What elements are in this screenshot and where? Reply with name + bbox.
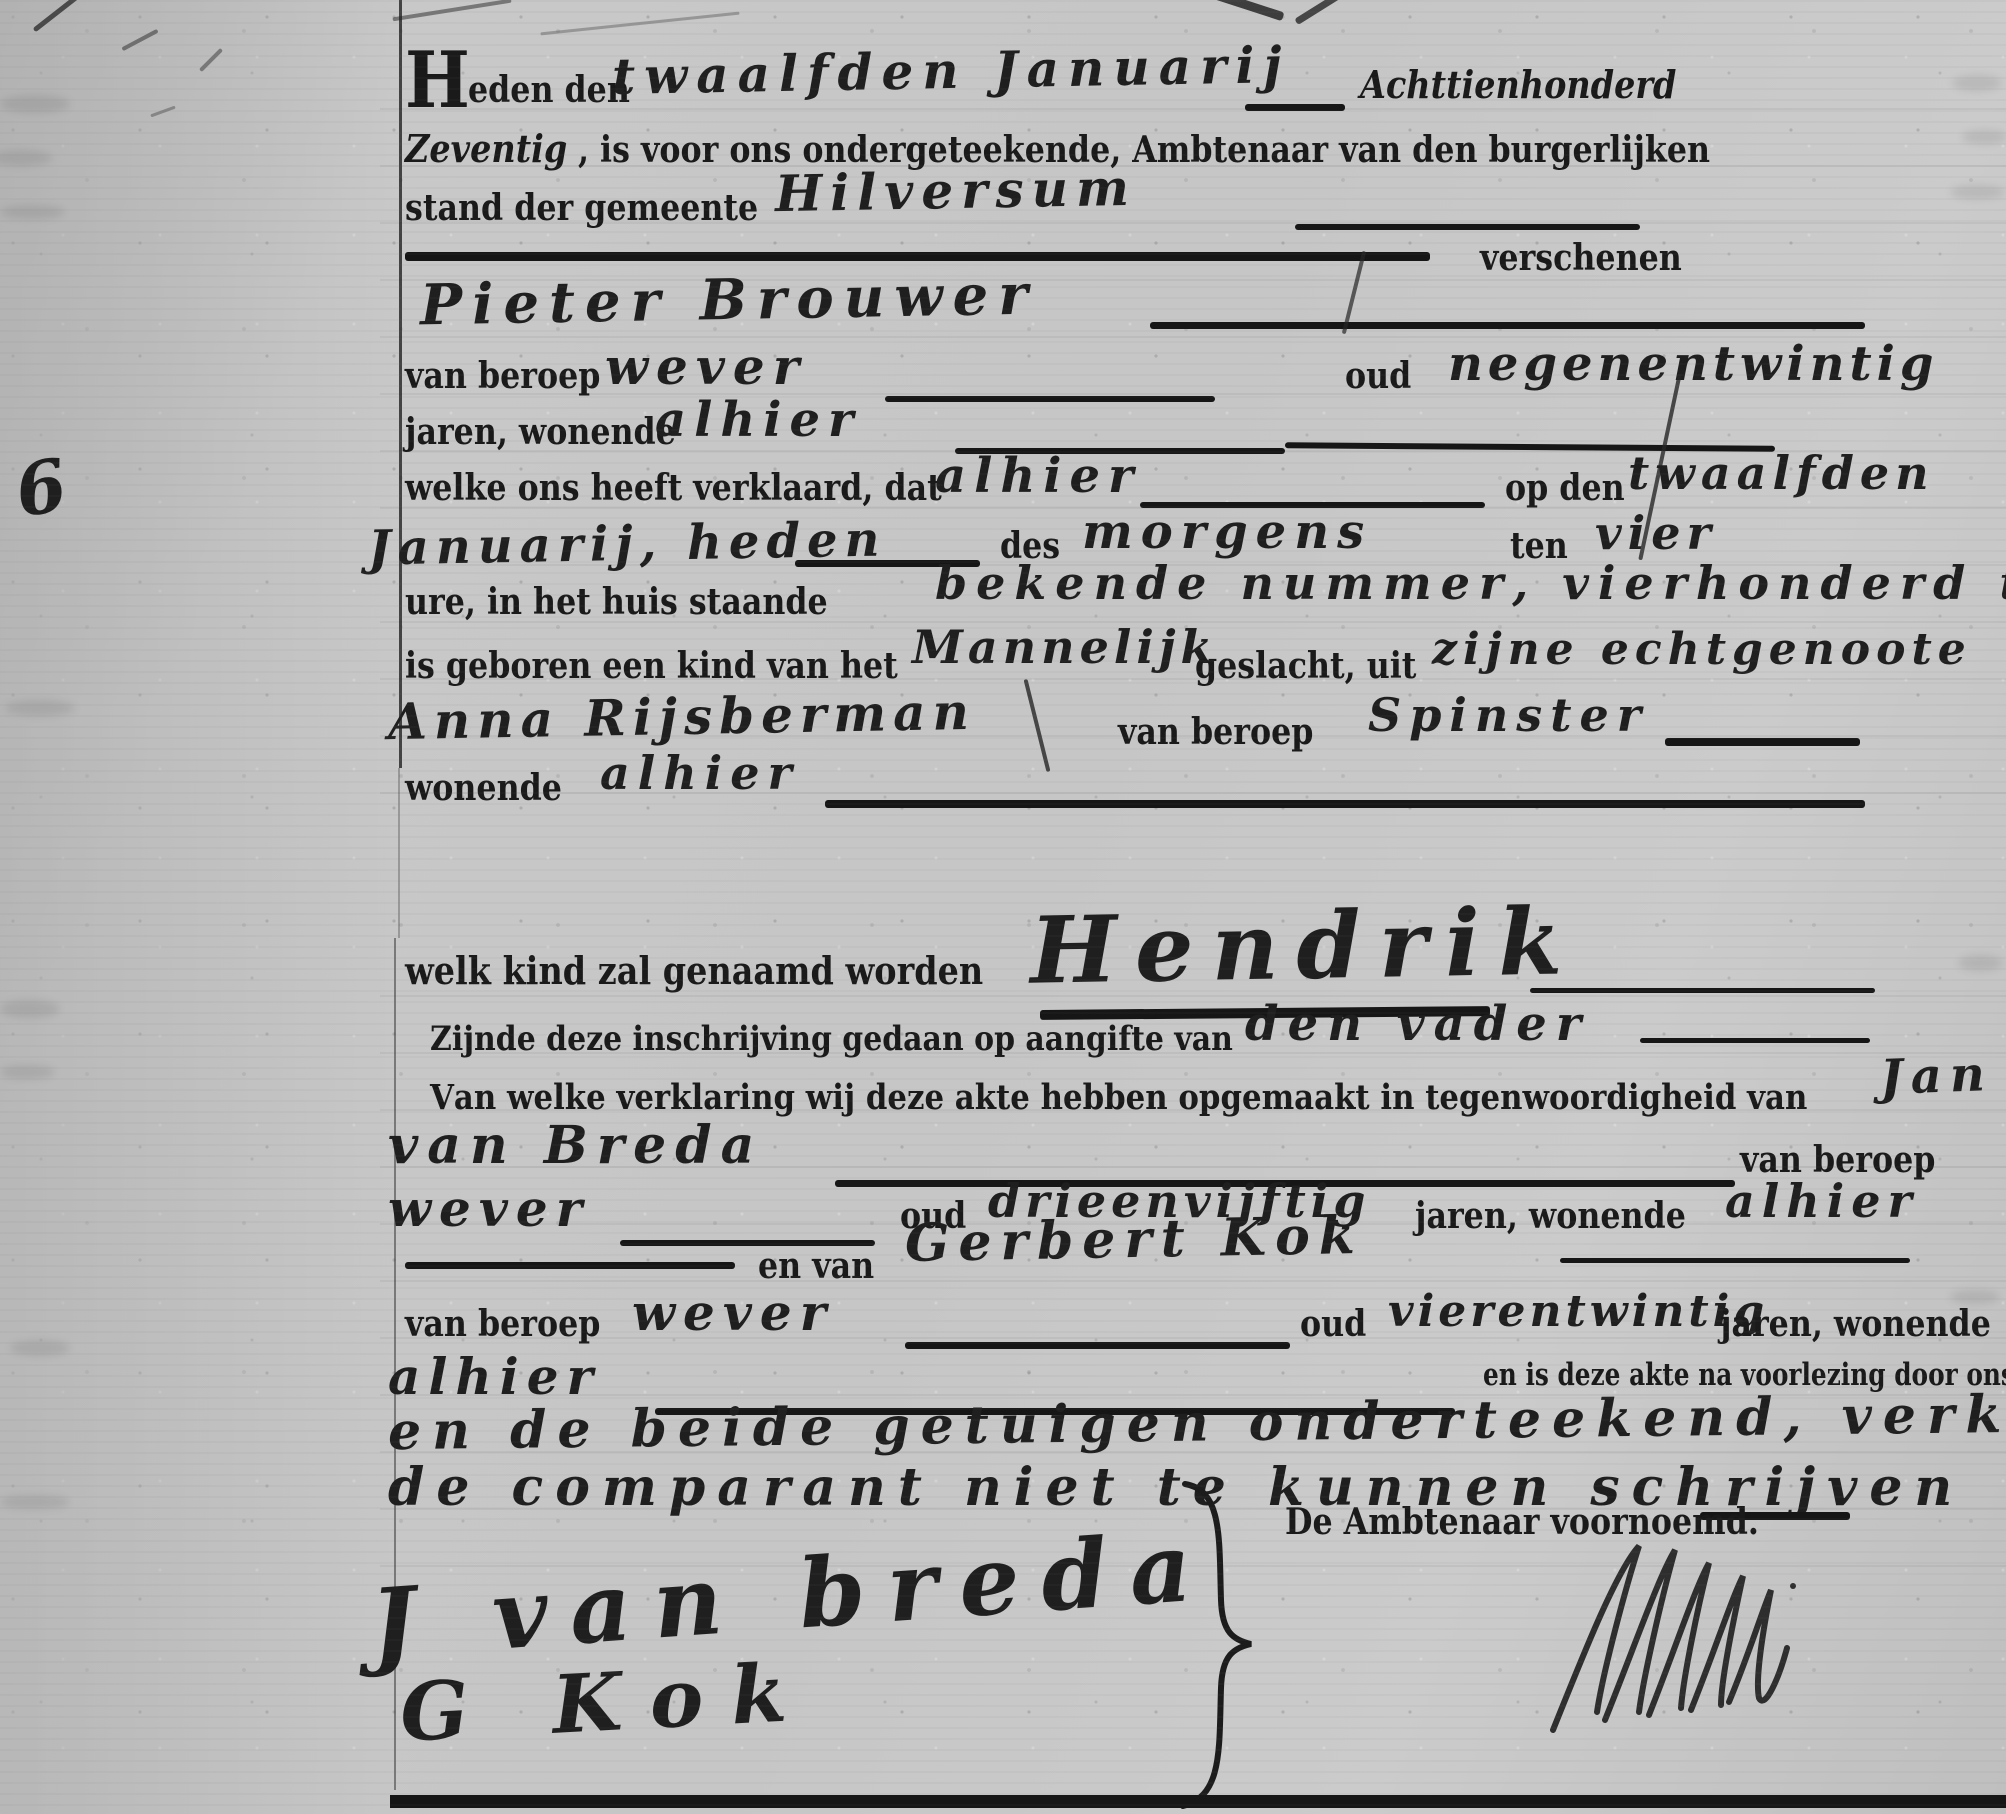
bleedthrough — [0, 95, 70, 113]
label-heden-den: eden den — [468, 72, 630, 108]
label-geslacht-uit: geslacht, uit — [1195, 648, 1416, 684]
bleedthrough — [0, 1495, 70, 1509]
field-child-name: Hendrik — [1029, 895, 1580, 997]
filler-rule — [1150, 322, 1865, 329]
label-verschenen: verschenen — [1480, 240, 1682, 276]
field-witness2-age: vierentwintig — [1388, 1290, 1768, 1334]
clause-witnesses-signed: en de beide getuigen onderteekend, verkl… — [388, 1386, 2006, 1458]
label-van-welke-verklaring: Van welke verklaring wij deze akte hebbe… — [430, 1080, 1807, 1115]
label-van-beroep: van beroep — [405, 358, 600, 394]
margin-vertical-rule-mid — [398, 768, 400, 938]
field-birth-day: twaalfden — [1628, 450, 1935, 496]
left-margin-shading — [0, 0, 400, 1814]
label-van-beroep-witness2: van beroep — [405, 1306, 600, 1342]
field-witness1-lastname: van Breda — [388, 1120, 763, 1172]
cutoff-ink-stroke — [1294, 0, 1344, 25]
field-declarant-name: Pieter Brouwer — [420, 267, 1039, 334]
corner-scribble — [150, 106, 175, 118]
field-witness1-firstname: Jan — [1879, 1050, 1993, 1102]
pencil-stroke — [540, 12, 739, 36]
label-van-beroep-mother: van beroep — [1118, 714, 1313, 750]
pencil-stroke — [392, 0, 511, 21]
label-oud: oud — [1345, 358, 1411, 394]
act-number: 6 — [10, 448, 72, 528]
field-witness1-occupation: wever — [388, 1184, 590, 1234]
pen-flourish — [1024, 679, 1051, 772]
filler-rule — [885, 396, 1215, 402]
field-mother-relation: zijne echtgenoote — [1432, 628, 1972, 672]
label-zijnde-inschrijving: Zijnde deze inschrijving gedaan op aangi… — [430, 1022, 1233, 1056]
label-is-geboren: is geboren een kind van het — [405, 648, 898, 684]
bleedthrough — [1950, 1290, 2000, 1304]
label-stand-der-gemeente: stand der gemeente — [405, 190, 758, 226]
label-achttienhonderd: Achttienhonderd — [1360, 66, 1676, 104]
birth-certificate-scan: 6 H eden den twaalfden Januarij Achttien… — [0, 0, 2006, 1814]
bleedthrough — [10, 1340, 70, 1356]
filler-dash — [1640, 1038, 1870, 1043]
field-mother-occupation: Spinster — [1368, 692, 1649, 738]
label-wonende-mother: wonende — [405, 770, 562, 806]
field-mother-residence: alhier — [600, 750, 800, 796]
label-op-den: op den — [1505, 470, 1625, 506]
field-declarant-occupation: wever — [605, 342, 807, 392]
bottom-rule — [390, 1795, 2006, 1808]
label-oud-witness2: oud — [1300, 1306, 1366, 1342]
field-house-number: bekende nummer, vierhonderd tien — [935, 560, 2006, 606]
field-informant: den vader — [1245, 1000, 1590, 1048]
field-declarant-age: negenentwintig — [1448, 340, 1938, 388]
field-child-gender: Mannelijk — [912, 624, 1217, 670]
field-birth-hour: vier — [1595, 510, 1717, 556]
field-registration-date: twaalfden Januarij — [612, 40, 1291, 102]
corner-scribble — [33, 0, 82, 32]
label-welke-ons-heeft-verklaard: welke ons heeft verklaard, dat — [405, 470, 942, 506]
bleedthrough — [1958, 955, 2003, 971]
filler-rule — [825, 800, 1865, 808]
filler-rule — [405, 1262, 735, 1269]
filler-rule — [1665, 738, 1860, 746]
filler-dash — [1245, 104, 1345, 111]
label-ambtenaar-clause: , is voor ons ondergeteekende, Ambtenaar… — [578, 132, 1710, 168]
label-ure-huis-staande: ure, in het huis staande — [405, 584, 828, 620]
cutoff-ink-stroke — [1206, 0, 1285, 21]
filler-rule — [1560, 1258, 1910, 1263]
field-mother-name: Anna Rijsberman — [388, 687, 977, 747]
margin-vertical-rule-top — [399, 0, 402, 768]
dropcap-initial: H — [405, 42, 470, 120]
bleedthrough — [0, 150, 52, 166]
filler-rule — [905, 1342, 1290, 1349]
label-welk-kind: welk kind zal genaamd worden — [405, 952, 983, 990]
field-witness2-occupation: wever — [632, 1288, 834, 1338]
corner-scribble — [121, 29, 158, 51]
field-birth-daypart: morgens — [1082, 508, 1372, 556]
field-witness2-residence: alhier — [388, 1352, 601, 1402]
label-van-beroep-witness1: van beroep — [1740, 1142, 1935, 1178]
bleedthrough — [1962, 130, 2006, 144]
field-birth-place: alhier — [935, 452, 1141, 500]
label-zeventig: Zeventig — [405, 130, 567, 168]
signature-brace — [1155, 1480, 1285, 1810]
label-jaren-wonende-witness1: jaren, wonende — [1415, 1198, 1686, 1234]
filler-rule — [405, 252, 1430, 261]
bleedthrough — [0, 1065, 55, 1079]
bleedthrough — [5, 700, 75, 716]
corner-scribble — [199, 48, 223, 72]
official-signature-scrawl — [1545, 1530, 1805, 1740]
field-witness1-residence: alhier — [1725, 1178, 1919, 1224]
bleedthrough — [1952, 75, 2002, 91]
label-jaren-wonende-witness2: jaren, wonende — [1720, 1306, 1991, 1342]
label-jaren-wonende: jaren, wonende — [405, 414, 676, 450]
bleedthrough — [0, 205, 65, 219]
filler-rule — [1530, 988, 1875, 993]
label-en-van: en van — [758, 1248, 874, 1284]
bleedthrough — [1950, 185, 2005, 199]
field-witness2-name: Gerbert Kok — [905, 1210, 1365, 1270]
bleedthrough — [0, 1000, 60, 1018]
field-declarant-residence: alhier — [655, 396, 861, 444]
filler-rule — [1295, 224, 1640, 230]
field-municipality: Hilversum — [775, 163, 1138, 219]
witness2-signature: G Kok — [398, 1651, 816, 1753]
